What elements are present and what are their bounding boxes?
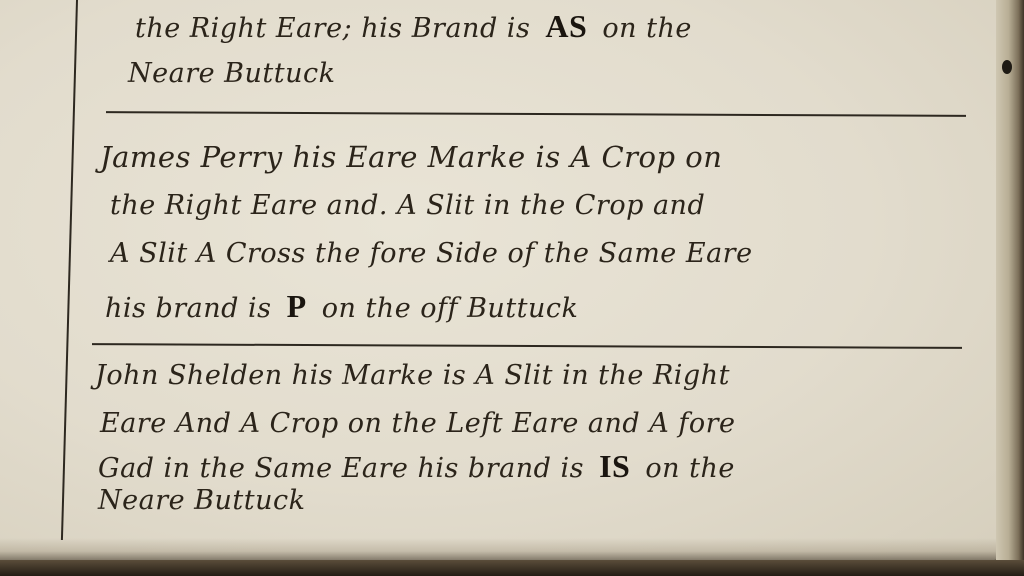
entry-line: the Right Eare; his Brand is AS on the <box>135 8 692 45</box>
entry-divider <box>92 343 962 349</box>
entry-line: John Shelden his Marke is A Slit in the … <box>95 360 730 391</box>
ledger-page: the Right Eare; his Brand is AS on the N… <box>0 0 1000 560</box>
entry-divider <box>106 111 966 117</box>
entry-line: Gad in the Same Eare his brand is IS on … <box>98 448 735 485</box>
entry-line: Neare Buttuck <box>98 485 305 516</box>
ink-blot <box>1002 60 1012 74</box>
margin-rule <box>61 0 78 540</box>
brand-mark: AS <box>539 8 593 44</box>
entry-line: Neare Buttuck <box>128 58 335 89</box>
entry-line: the Right Eare and. A Slit in the Crop a… <box>110 190 705 221</box>
book-gutter <box>996 0 1024 576</box>
page-edge-shadow <box>0 560 1024 576</box>
entry-line: Eare And A Crop on the Left Eare and A f… <box>100 408 736 439</box>
brand-mark: P <box>281 288 313 324</box>
entry-line: James Perry his Eare Marke is A Crop on <box>100 140 722 174</box>
entry-line: his brand is P on the off Buttuck <box>105 288 578 325</box>
entry-line: A Slit A Cross the fore Side of the Same… <box>110 238 753 269</box>
brand-mark: IS <box>593 448 636 484</box>
